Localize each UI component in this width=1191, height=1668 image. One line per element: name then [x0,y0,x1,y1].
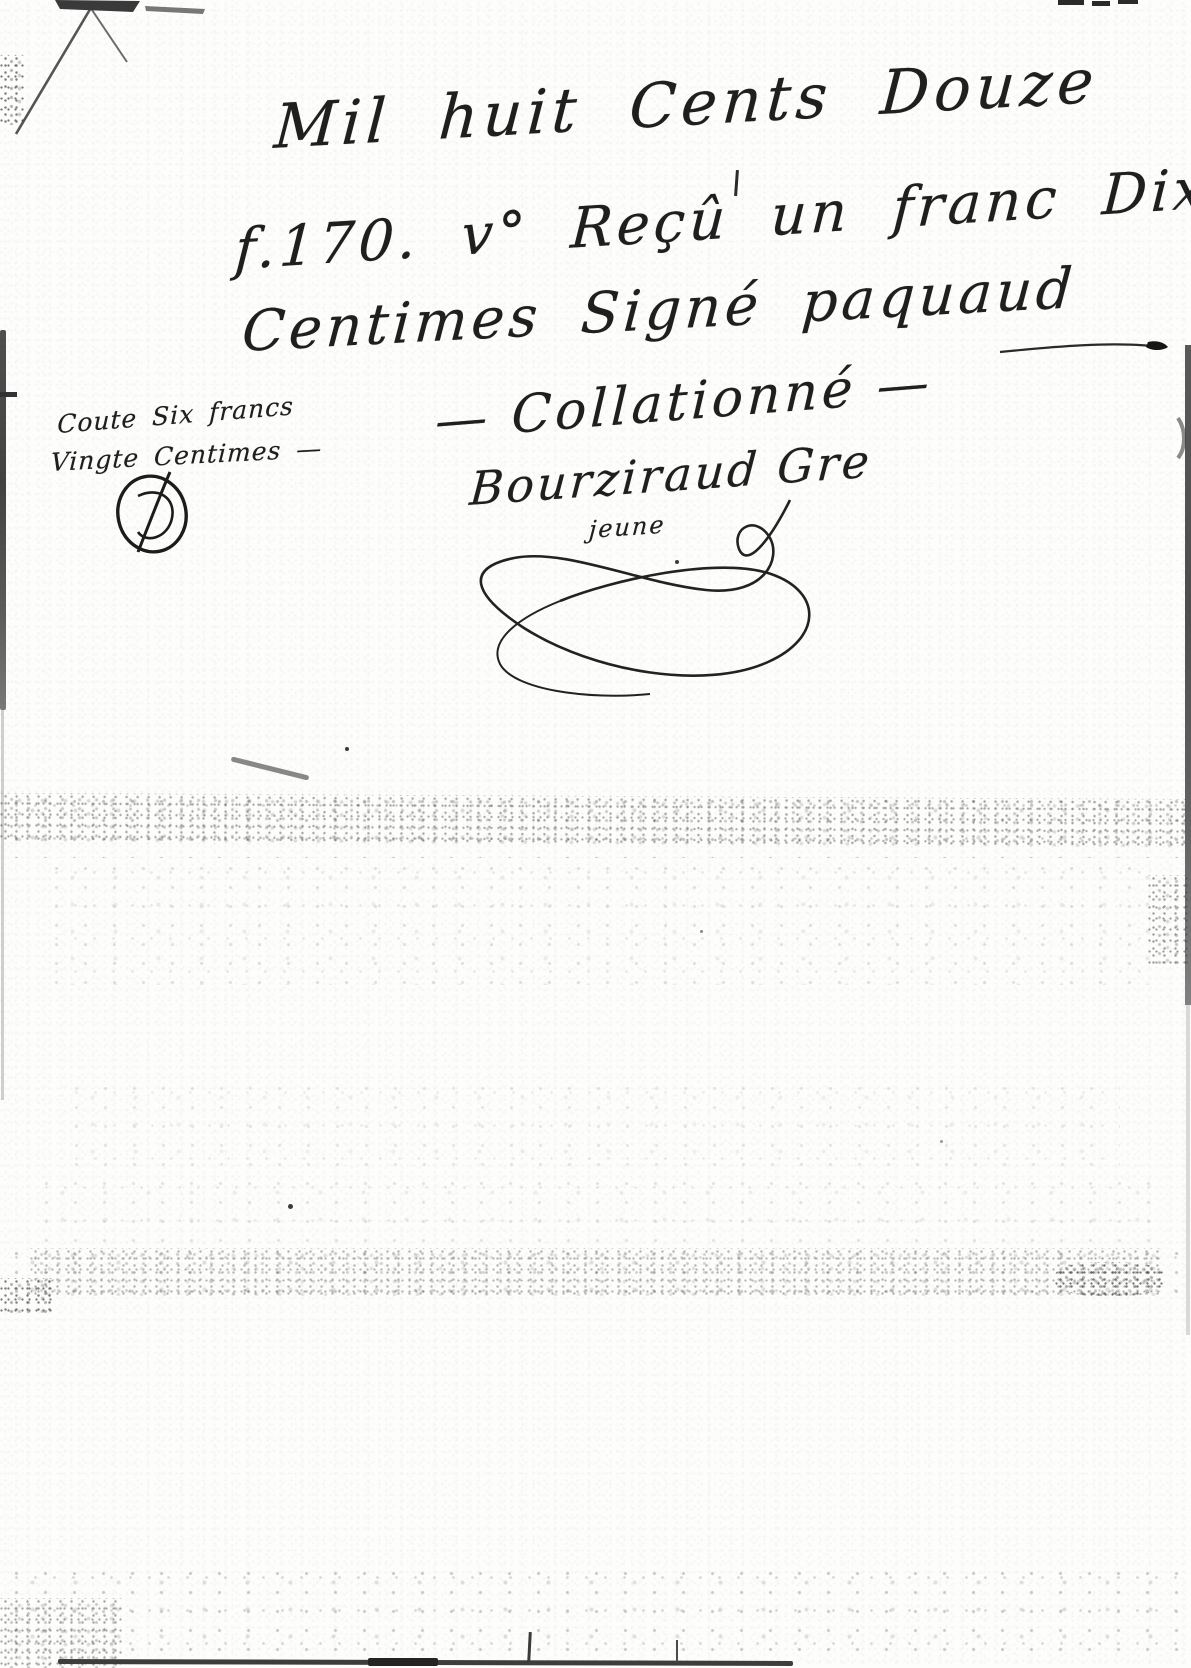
margin-cost-line-2: Vingte Centimes — [50,434,323,477]
bottom-tick-2 [676,1640,678,1662]
noise-scatter-mid-3 [30,1170,1160,1245]
margin-cost-line-1: Coute Six francs [57,391,294,439]
noise-band-lower [30,1248,1160,1296]
stray-dot-5 [675,560,679,564]
signature-name: Bourziraud Gre [468,433,874,516]
line3-trailing-stroke [1000,341,1168,352]
noise-band-lower-left-blob [0,1278,55,1313]
signature-qualifier: jeune [588,510,667,544]
bottom-left-smudge [0,1598,125,1668]
bottom-fold-line [58,1659,793,1666]
noise-scatter-bottom [0,1560,1191,1660]
date-line: Mil huit Cents Douze [272,46,1101,163]
left-edge-strip-faint [1,700,4,1100]
bottom-fold-line-dark-segment [368,1658,438,1666]
noise-scatter-mid-2 [60,1075,1120,1175]
left-edge-tick [0,392,17,397]
noise-band-upper-streak [231,756,310,780]
stray-dot-3 [700,930,703,933]
stray-dot-4 [940,1140,943,1143]
right-edge-strip-faint [1186,1005,1190,1335]
left-edge-strip [0,330,6,710]
bottom-tick-1 [527,1632,532,1662]
noise-band-lower-right-blob [1055,1262,1165,1296]
noise-band-upper [0,793,1191,849]
right-edge-blob [1148,875,1190,965]
stray-dot-1 [345,747,349,751]
fold-crease-lines [16,0,205,134]
margin-paraph [111,470,193,558]
manuscript-page: Mil huit Cents Douze f.170. v° Reçû un f… [0,0,1191,1668]
stray-dot-2 [288,1204,293,1209]
noise-band-upper-coarse [0,788,1191,858]
noise-scatter-mid-1 [40,855,1150,985]
left-edge-speck-cluster [0,55,26,125]
right-edge-strip [1185,345,1191,1005]
right-edge-mark [1178,418,1184,458]
noise-band-lower-coarse [0,1240,1191,1308]
